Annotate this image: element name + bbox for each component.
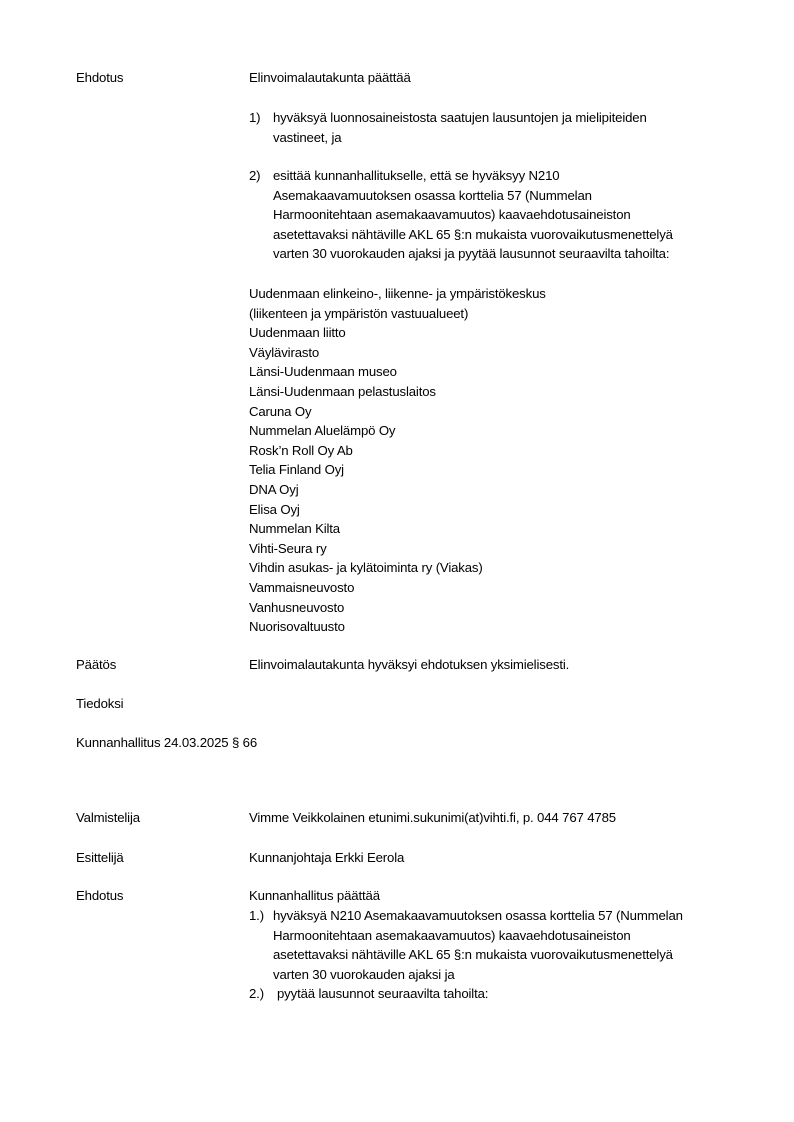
item-number: 1.): [249, 906, 264, 926]
recipient-item: (liikenteen ja ympäristön vastuualueet): [249, 304, 546, 324]
recipient-item: Vammaisneuvosto: [249, 578, 546, 598]
text-line: varten 30 vuorokauden ajaksi ja: [273, 965, 683, 985]
item-1-text: hyväksyä luonnosaineistosta saatujen lau…: [273, 108, 647, 147]
text-line: asetettavaksi nähtäville AKL 65 §:n muka…: [273, 945, 683, 965]
recipient-item: Väylävirasto: [249, 343, 546, 363]
ehdotus-label: Ehdotus: [76, 68, 123, 88]
item-number: 2): [249, 166, 260, 186]
text-line: hyväksyä luonnosaineistosta saatujen lau…: [273, 108, 647, 128]
valmistelija-label: Valmistelija: [76, 808, 140, 828]
valmistelija-text: Vimme Veikkolainen etunimi.sukunimi(at)v…: [249, 808, 616, 828]
recipient-item: Nuorisovaltuusto: [249, 617, 546, 637]
paatos-text: Elinvoimalautakunta hyväksyi ehdotuksen …: [249, 655, 569, 675]
recipient-item: Länsi-Uudenmaan pelastuslaitos: [249, 382, 546, 402]
item-1-text-2: hyväksyä N210 Asemakaavamuutoksen osassa…: [273, 906, 683, 984]
recipient-item: Nummelan Aluelämpö Oy: [249, 421, 546, 441]
text-line: varten 30 vuorokauden ajaksi ja pyytää l…: [273, 244, 673, 264]
recipient-item: Uudenmaan liitto: [249, 323, 546, 343]
tiedoksi-label: Tiedoksi: [76, 694, 123, 714]
text-line: esittää kunnanhallitukselle, että se hyv…: [273, 166, 673, 186]
recipient-item: Caruna Oy: [249, 402, 546, 422]
text-line: Harmoonitehtaan asemakaavamuutos) kaavae…: [273, 926, 683, 946]
text-line: Asemakaavamuutoksen osassa korttelia 57 …: [273, 186, 673, 206]
recipient-item: Vihdin asukas- ja kylätoiminta ry (Viaka…: [249, 558, 546, 578]
text-line: Harmoonitehtaan asemakaavamuutos) kaavae…: [273, 205, 673, 225]
item-2-text: esittää kunnanhallitukselle, että se hyv…: [273, 166, 673, 264]
recipient-item: Länsi-Uudenmaan museo: [249, 362, 546, 382]
recipient-item: Vihti-Seura ry: [249, 539, 546, 559]
ehdotus-label-2: Ehdotus: [76, 886, 123, 906]
item-2-text-2: pyytää lausunnot seuraavilta tahoilta:: [277, 984, 488, 1004]
recipient-item: Vanhusneuvosto: [249, 598, 546, 618]
recipient-item: Rosk’n Roll Oy Ab: [249, 441, 546, 461]
meeting-reference: Kunnanhallitus 24.03.2025 § 66: [76, 733, 257, 753]
recipient-list: Uudenmaan elinkeino-, liikenne- ja ympär…: [249, 284, 546, 637]
recipient-item: Elisa Oyj: [249, 500, 546, 520]
recipient-item: Nummelan Kilta: [249, 519, 546, 539]
text-line: pyytää lausunnot seuraavilta tahoilta:: [277, 984, 488, 1004]
recipient-item: Telia Finland Oyj: [249, 460, 546, 480]
item-number: 2.): [249, 984, 264, 1004]
esittelija-label: Esittelijä: [76, 848, 124, 868]
text-line: hyväksyä N210 Asemakaavamuutoksen osassa…: [273, 906, 683, 926]
text-line: asetettavaksi nähtäville AKL 65 §:n muka…: [273, 225, 673, 245]
ehdotus-intro-2: Kunnanhallitus päättää: [249, 886, 380, 906]
ehdotus-intro: Elinvoimalautakunta päättää: [249, 68, 411, 88]
paatos-label: Päätös: [76, 655, 116, 675]
item-number: 1): [249, 108, 260, 128]
text-line: vastineet, ja: [273, 128, 647, 148]
recipient-item: DNA Oyj: [249, 480, 546, 500]
esittelija-text: Kunnanjohtaja Erkki Eerola: [249, 848, 404, 868]
recipient-item: Uudenmaan elinkeino-, liikenne- ja ympär…: [249, 284, 546, 304]
